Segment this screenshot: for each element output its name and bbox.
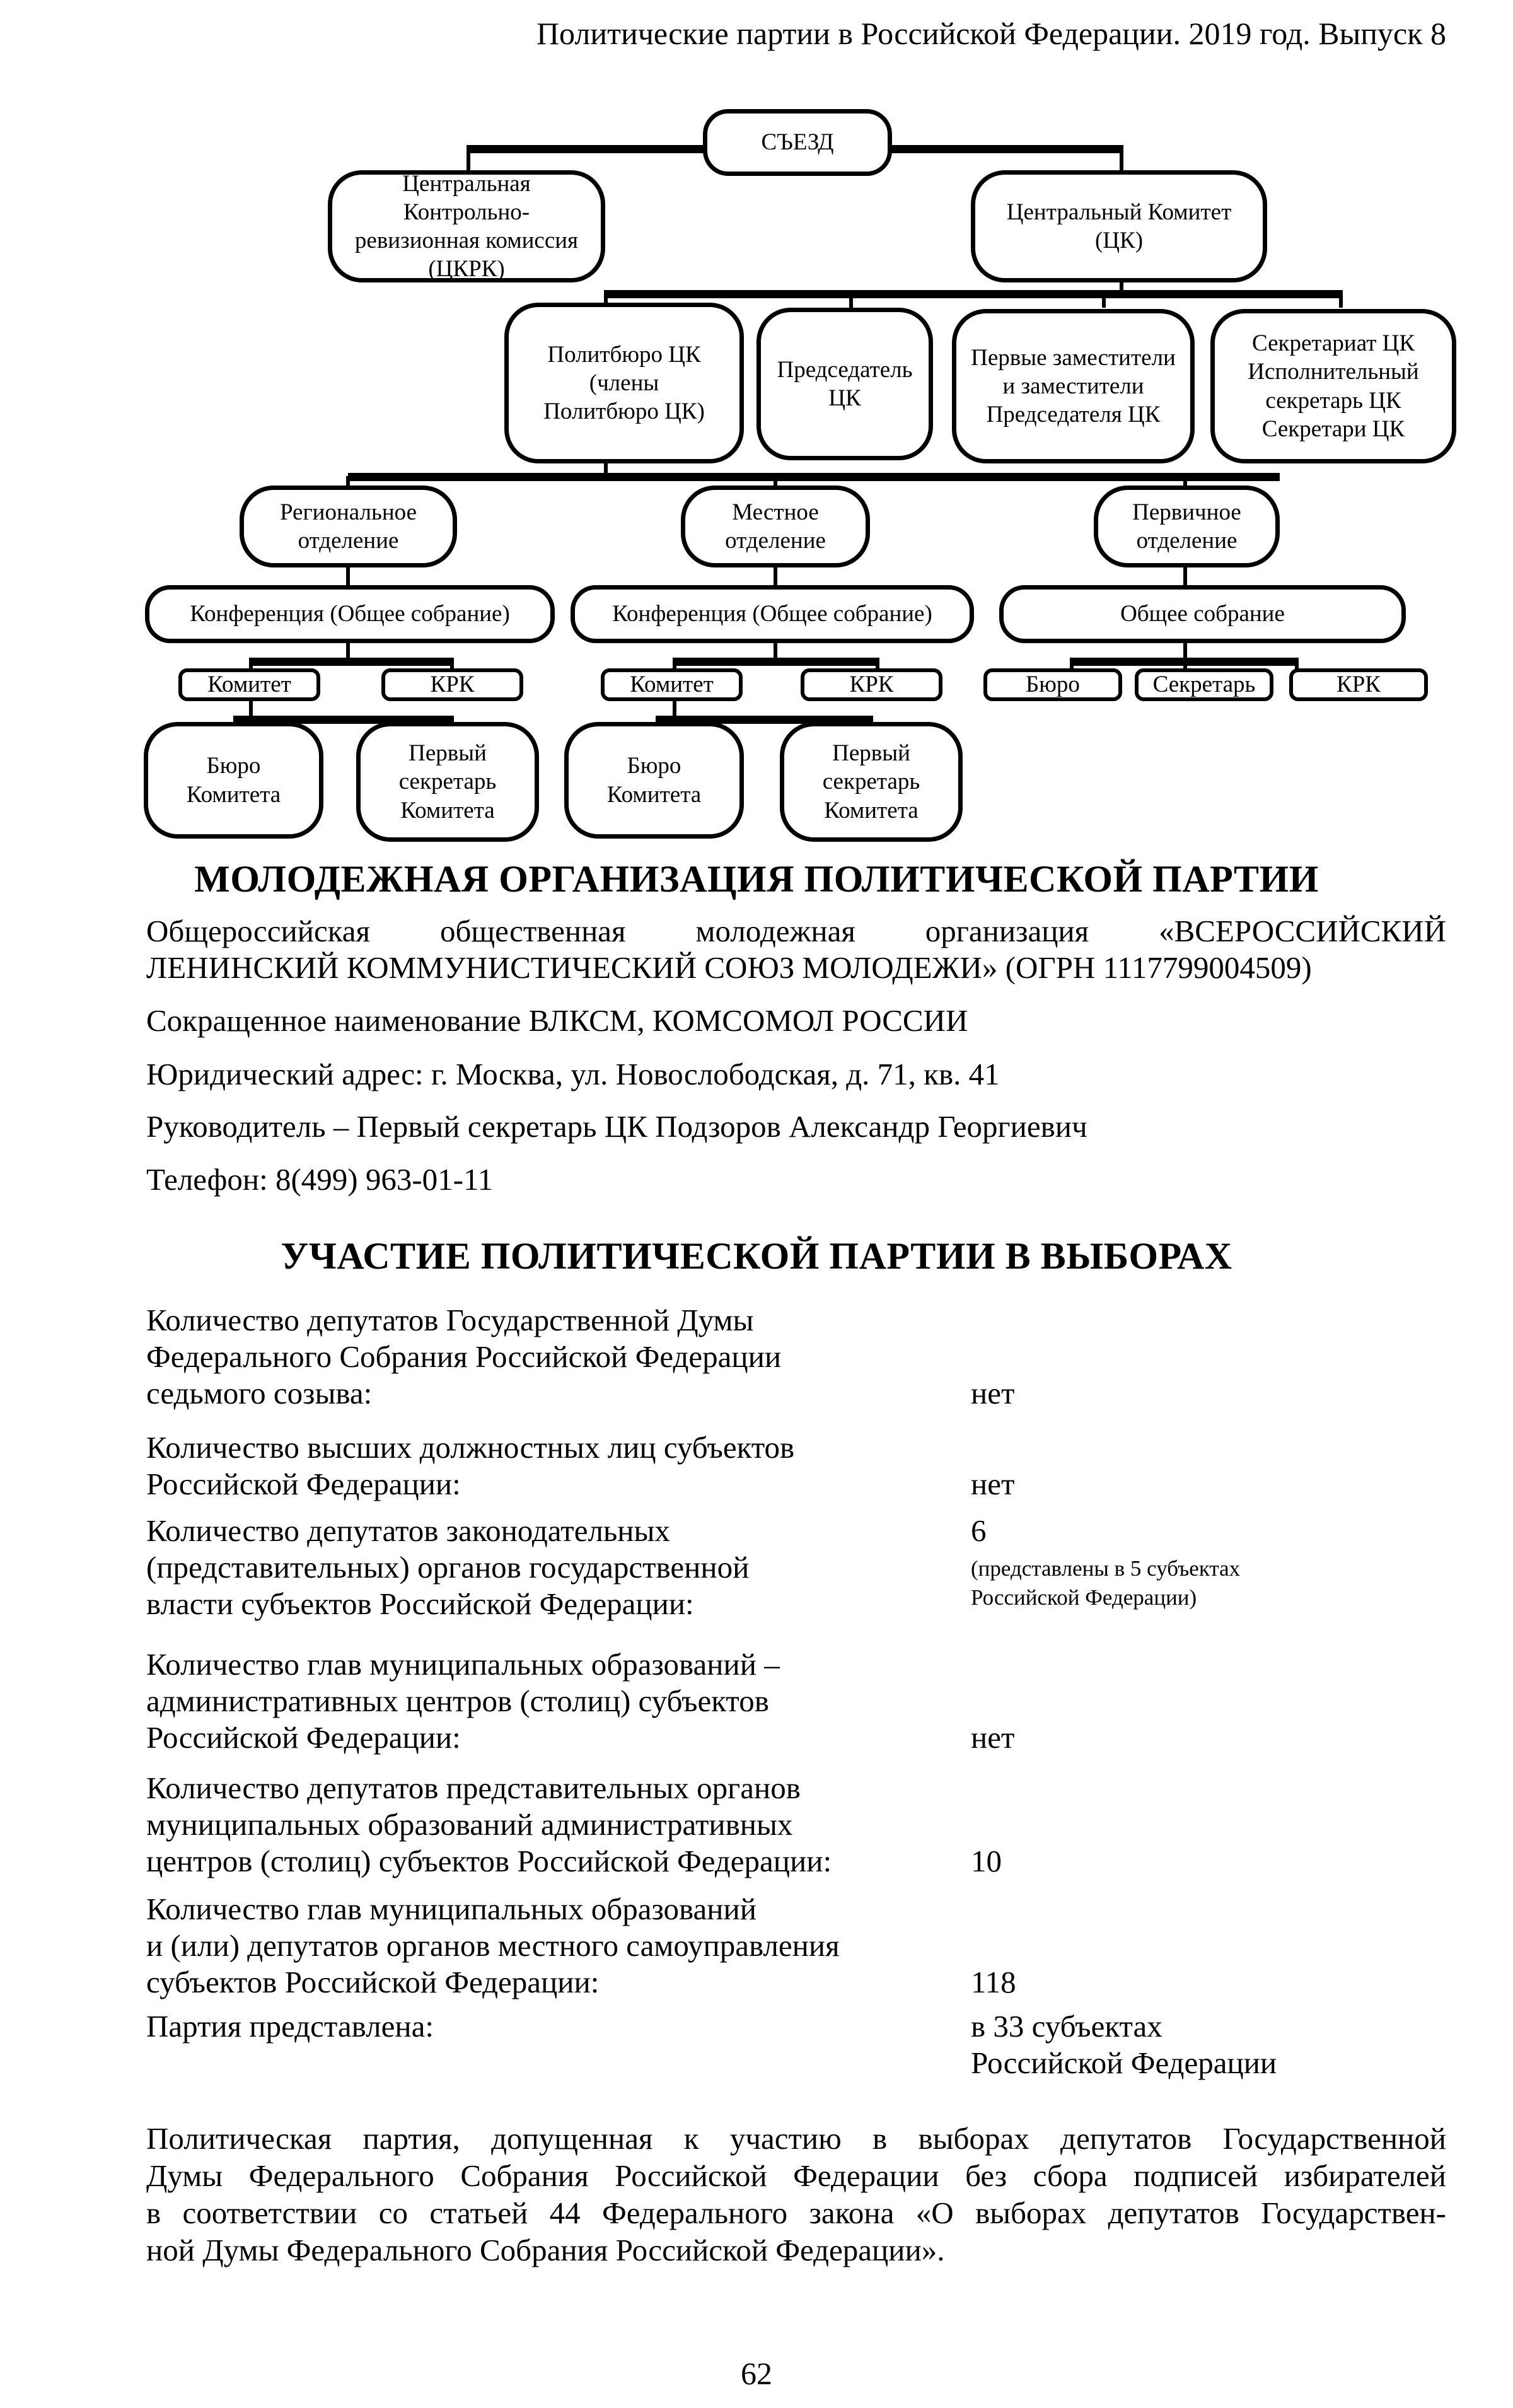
congress-node-text: СЪЕЗД: [762, 128, 834, 156]
branch-node-0-text: Региональное: [280, 498, 417, 526]
politburo-node-text: Политбюро ЦК: [543, 340, 705, 369]
connector: [774, 567, 777, 586]
committee-node-1-text: Комитет: [630, 670, 714, 699]
stat-value-line: 10: [971, 1843, 1002, 1880]
stat-note-line: (представлены в 5 субъектах: [971, 1554, 1240, 1583]
stat-label-line: Количество глав муниципальных образовани…: [146, 1891, 947, 1928]
footnote-line: в соответствии со статьей 44 Федеральног…: [146, 2194, 1446, 2231]
assembly-node-1-text: Конференция (Общее собрание): [612, 600, 932, 628]
connector: [604, 290, 1343, 298]
page-number: 62: [0, 2355, 1513, 2392]
first-secretary-node-0-text: Первый: [399, 739, 497, 767]
assembly-node-0: Конференция (Общее собрание): [145, 585, 555, 643]
stat-label-line: субъектов Российской Федерации:: [146, 1964, 947, 2001]
secretariat-node-text: Исполнительный: [1248, 358, 1418, 386]
audit-commission-node-text: ревизионная комиссия: [355, 226, 578, 255]
secretary-node-2: Секретарь: [1135, 668, 1273, 701]
stat-note: (представлены в 5 субъектахРоссийской Фе…: [971, 1554, 1240, 1612]
audit-node-1: КРК: [801, 668, 942, 701]
first-secretary-node-0-text: Комитета: [399, 796, 497, 825]
assembly-node-2: Общее собрание: [999, 585, 1406, 643]
first-secretary-node-1-text: секретарь: [823, 767, 920, 796]
stat-value-line: 118: [971, 1964, 1016, 2001]
first-secretary-node-1: ПервыйсекретарьКомитета: [780, 722, 963, 842]
stat-label-line: и (или) депутатов органов местного самоу…: [146, 1928, 947, 1964]
connector: [1102, 296, 1106, 308]
audit-commission-node: ЦентральнаяКонтрольно-ревизионная комисс…: [328, 170, 605, 282]
youth-org-line-2: ЛЕНИНСКИЙ КОММУНИСТИЧЕСКИЙ СОЮЗ МОЛОДЕЖИ…: [146, 950, 1312, 986]
connector: [346, 567, 350, 586]
connector: [249, 658, 454, 666]
central-committee-node-text: (ЦК): [1007, 226, 1231, 255]
bureau-node-0-text: Комитета: [187, 781, 281, 809]
stat-note-line: Российской Федерации): [971, 1583, 1240, 1612]
stat-label-line: Российской Федерации:: [146, 1466, 947, 1503]
first-secretary-node-0: ПервыйсекретарьКомитета: [356, 722, 539, 842]
connector: [249, 701, 253, 717]
stat-label-line: седьмого созыва:: [146, 1375, 947, 1412]
stat-label-line: Количество депутатов представительных ор…: [146, 1770, 947, 1806]
connector: [348, 473, 1280, 481]
audit-commission-node-text: Контрольно-: [355, 198, 578, 226]
chairman-node-text: Председатель: [777, 356, 912, 384]
youth-org-line-1: Общероссийская общественная молодежная о…: [146, 912, 1446, 950]
youth-section-title: МОЛОДЕЖНАЯ ОРГАНИЗАЦИЯ ПОЛИТИЧЕСКОЙ ПАРТ…: [0, 858, 1513, 901]
assembly-node-2-text: Общее собрание: [1120, 600, 1285, 628]
audit-node-1-text: КРК: [850, 670, 894, 699]
connector: [1339, 296, 1343, 308]
bureau-node-2-text: Бюро: [1026, 670, 1080, 699]
stat-label-line: центров (столиц) субъектов Российской Фе…: [146, 1843, 947, 1880]
congress-node: СЪЕЗД: [703, 109, 892, 176]
stat-label: Количество глав муниципальных образовани…: [146, 1891, 947, 2001]
politburo-node: Политбюро ЦК(членыПолитбюро ЦК): [504, 303, 744, 463]
elections-section-title: УЧАСТИЕ ПОЛИТИЧЕСКОЙ ПАРТИИ В ВЫБОРАХ: [0, 1235, 1513, 1278]
stat-label-line: Количество высших должностных лиц субъек…: [146, 1429, 947, 1466]
stat-value: 6: [971, 1513, 987, 1549]
stat-value: нет: [971, 1719, 1014, 1756]
stat-label-line: Количество депутатов законодательных: [146, 1513, 947, 1549]
stat-value: 118: [971, 1964, 1016, 2001]
connector: [774, 643, 777, 659]
branch-node-0-text: отделение: [280, 526, 417, 555]
stat-label-line: власти субъектов Российской Федерации:: [146, 1586, 947, 1622]
stat-label-line: Количество депутатов Государственной Дум…: [146, 1302, 947, 1339]
connector: [673, 658, 879, 666]
audit-node-2-text: КРК: [1336, 670, 1381, 699]
central-committee-node-text: Центральный Комитет: [1007, 198, 1231, 226]
branch-node-0: Региональноеотделение: [240, 486, 457, 567]
first-secretary-node-1-text: Первый: [823, 739, 920, 767]
secretariat-node: Секретариат ЦКИсполнительныйсекретарь ЦК…: [1210, 309, 1456, 463]
stat-label-line: муниципальных образований административн…: [146, 1806, 947, 1843]
first-secretary-node-0-text: секретарь: [399, 767, 497, 796]
connector: [673, 701, 676, 717]
branch-node-1-text: отделение: [725, 526, 826, 555]
stat-label-line: Партия представлена:: [146, 2008, 947, 2045]
footnote-line: Думы Федерального Собрания Российской Фе…: [146, 2157, 1446, 2194]
connector: [1183, 643, 1187, 659]
stat-label: Партия представлена:: [146, 2008, 947, 2045]
stat-label: Количество депутатов законодательных(пре…: [146, 1513, 947, 1622]
connector: [849, 296, 853, 308]
secretariat-node-text: секретарь ЦК: [1248, 387, 1418, 415]
secretary-node-2-text: Секретарь: [1153, 670, 1256, 699]
assembly-node-1: Конференция (Общее собрание): [571, 585, 974, 643]
connector: [1183, 567, 1187, 586]
bureau-node-1-text: Комитета: [607, 781, 701, 809]
bureau-node-0: БюроКомитета: [144, 722, 323, 839]
committee-node-1: Комитет: [601, 668, 743, 701]
bureau-node-1: БюроКомитета: [564, 722, 744, 839]
stat-value: 10: [971, 1843, 1002, 1880]
stat-label-line: административных центров (столиц) субъек…: [146, 1683, 947, 1719]
chairman-node: ПредседательЦК: [756, 308, 933, 460]
deputies-node: Первые заместителии заместителиПредседат…: [952, 309, 1195, 463]
stat-value-line: 6: [971, 1513, 987, 1549]
youth-phone: Телефон: 8(499) 963-01-11: [146, 1161, 493, 1197]
branch-node-2-text: отделение: [1132, 526, 1241, 555]
secretariat-node-text: Секретариат ЦК: [1248, 329, 1418, 358]
stat-label: Количество депутатов представительных ор…: [146, 1770, 947, 1880]
committee-node-0: Комитет: [178, 668, 320, 701]
chairman-node-text: ЦК: [777, 384, 912, 412]
stat-value: нет: [971, 1375, 1014, 1412]
audit-node-0: КРК: [381, 668, 523, 701]
stat-value-line: Российской Федерации: [971, 2045, 1277, 2081]
youth-leader: Руководитель – Первый секретарь ЦК Подзо…: [146, 1108, 1087, 1144]
deputies-node-text: и заместители: [971, 372, 1176, 400]
stat-label-line: Российской Федерации:: [146, 1719, 947, 1756]
stat-label: Количество депутатов Государственной Дум…: [146, 1302, 947, 1412]
youth-address: Юридический адрес: г. Москва, ул. Новосл…: [146, 1056, 1000, 1092]
footnote-line: Политическая партия, допущенная к участи…: [146, 2120, 1446, 2157]
stat-label: Количество высших должностных лиц субъек…: [146, 1429, 947, 1503]
stat-value: в 33 субъектахРоссийской Федерации: [971, 2008, 1277, 2081]
politburo-node-text: Политбюро ЦК): [543, 397, 705, 426]
assembly-node-0-text: Конференция (Общее собрание): [190, 600, 510, 628]
stat-label-line: (представительных) органов государственн…: [146, 1549, 947, 1586]
first-secretary-node-1-text: Комитета: [823, 796, 920, 825]
stat-value-line: нет: [971, 1375, 1014, 1412]
deputies-node-text: Председателя ЦК: [971, 400, 1176, 429]
branch-node-2: Первичноеотделение: [1094, 486, 1280, 567]
stat-value-line: нет: [971, 1719, 1014, 1756]
audit-node-2: КРК: [1289, 668, 1428, 701]
footnote-line: ной Думы Федерального Собрания Российско…: [146, 2231, 1446, 2269]
secretariat-node-text: Секретари ЦК: [1248, 415, 1418, 443]
central-committee-node: Центральный Комитет(ЦК): [971, 170, 1267, 282]
bureau-node-2: Бюро: [983, 668, 1122, 701]
connector: [346, 643, 350, 659]
politburo-node-text: (члены: [543, 369, 705, 397]
party-structure-diagram: СЪЕЗДЦентральнаяКонтрольно-ревизионная к…: [0, 0, 1513, 845]
audit-commission-node-text: (ЦКРК): [355, 255, 578, 283]
branch-node-1: Местноеотделение: [681, 486, 870, 567]
stat-label-line: Федерального Собрания Российской Федерац…: [146, 1339, 947, 1375]
bureau-node-1-text: Бюро: [607, 752, 701, 780]
stat-value-line: нет: [971, 1466, 1014, 1503]
stat-label: Количество глав муниципальных образовани…: [146, 1646, 947, 1756]
branch-node-2-text: Первичное: [1132, 498, 1241, 526]
stat-value: нет: [971, 1466, 1014, 1503]
youth-short-name: Сокращенное наименование ВЛКСМ, КОМСОМОЛ…: [146, 1003, 968, 1038]
committee-node-0-text: Комитет: [207, 670, 291, 699]
bureau-node-0-text: Бюро: [187, 752, 281, 780]
audit-node-0-text: КРК: [431, 670, 475, 699]
stat-label-line: Количество глав муниципальных образовани…: [146, 1646, 947, 1683]
stat-value-line: в 33 субъектах: [971, 2008, 1277, 2045]
deputies-node-text: Первые заместители: [971, 344, 1176, 372]
audit-commission-node-text: Центральная: [355, 170, 578, 198]
branch-node-1-text: Местное: [725, 498, 826, 526]
